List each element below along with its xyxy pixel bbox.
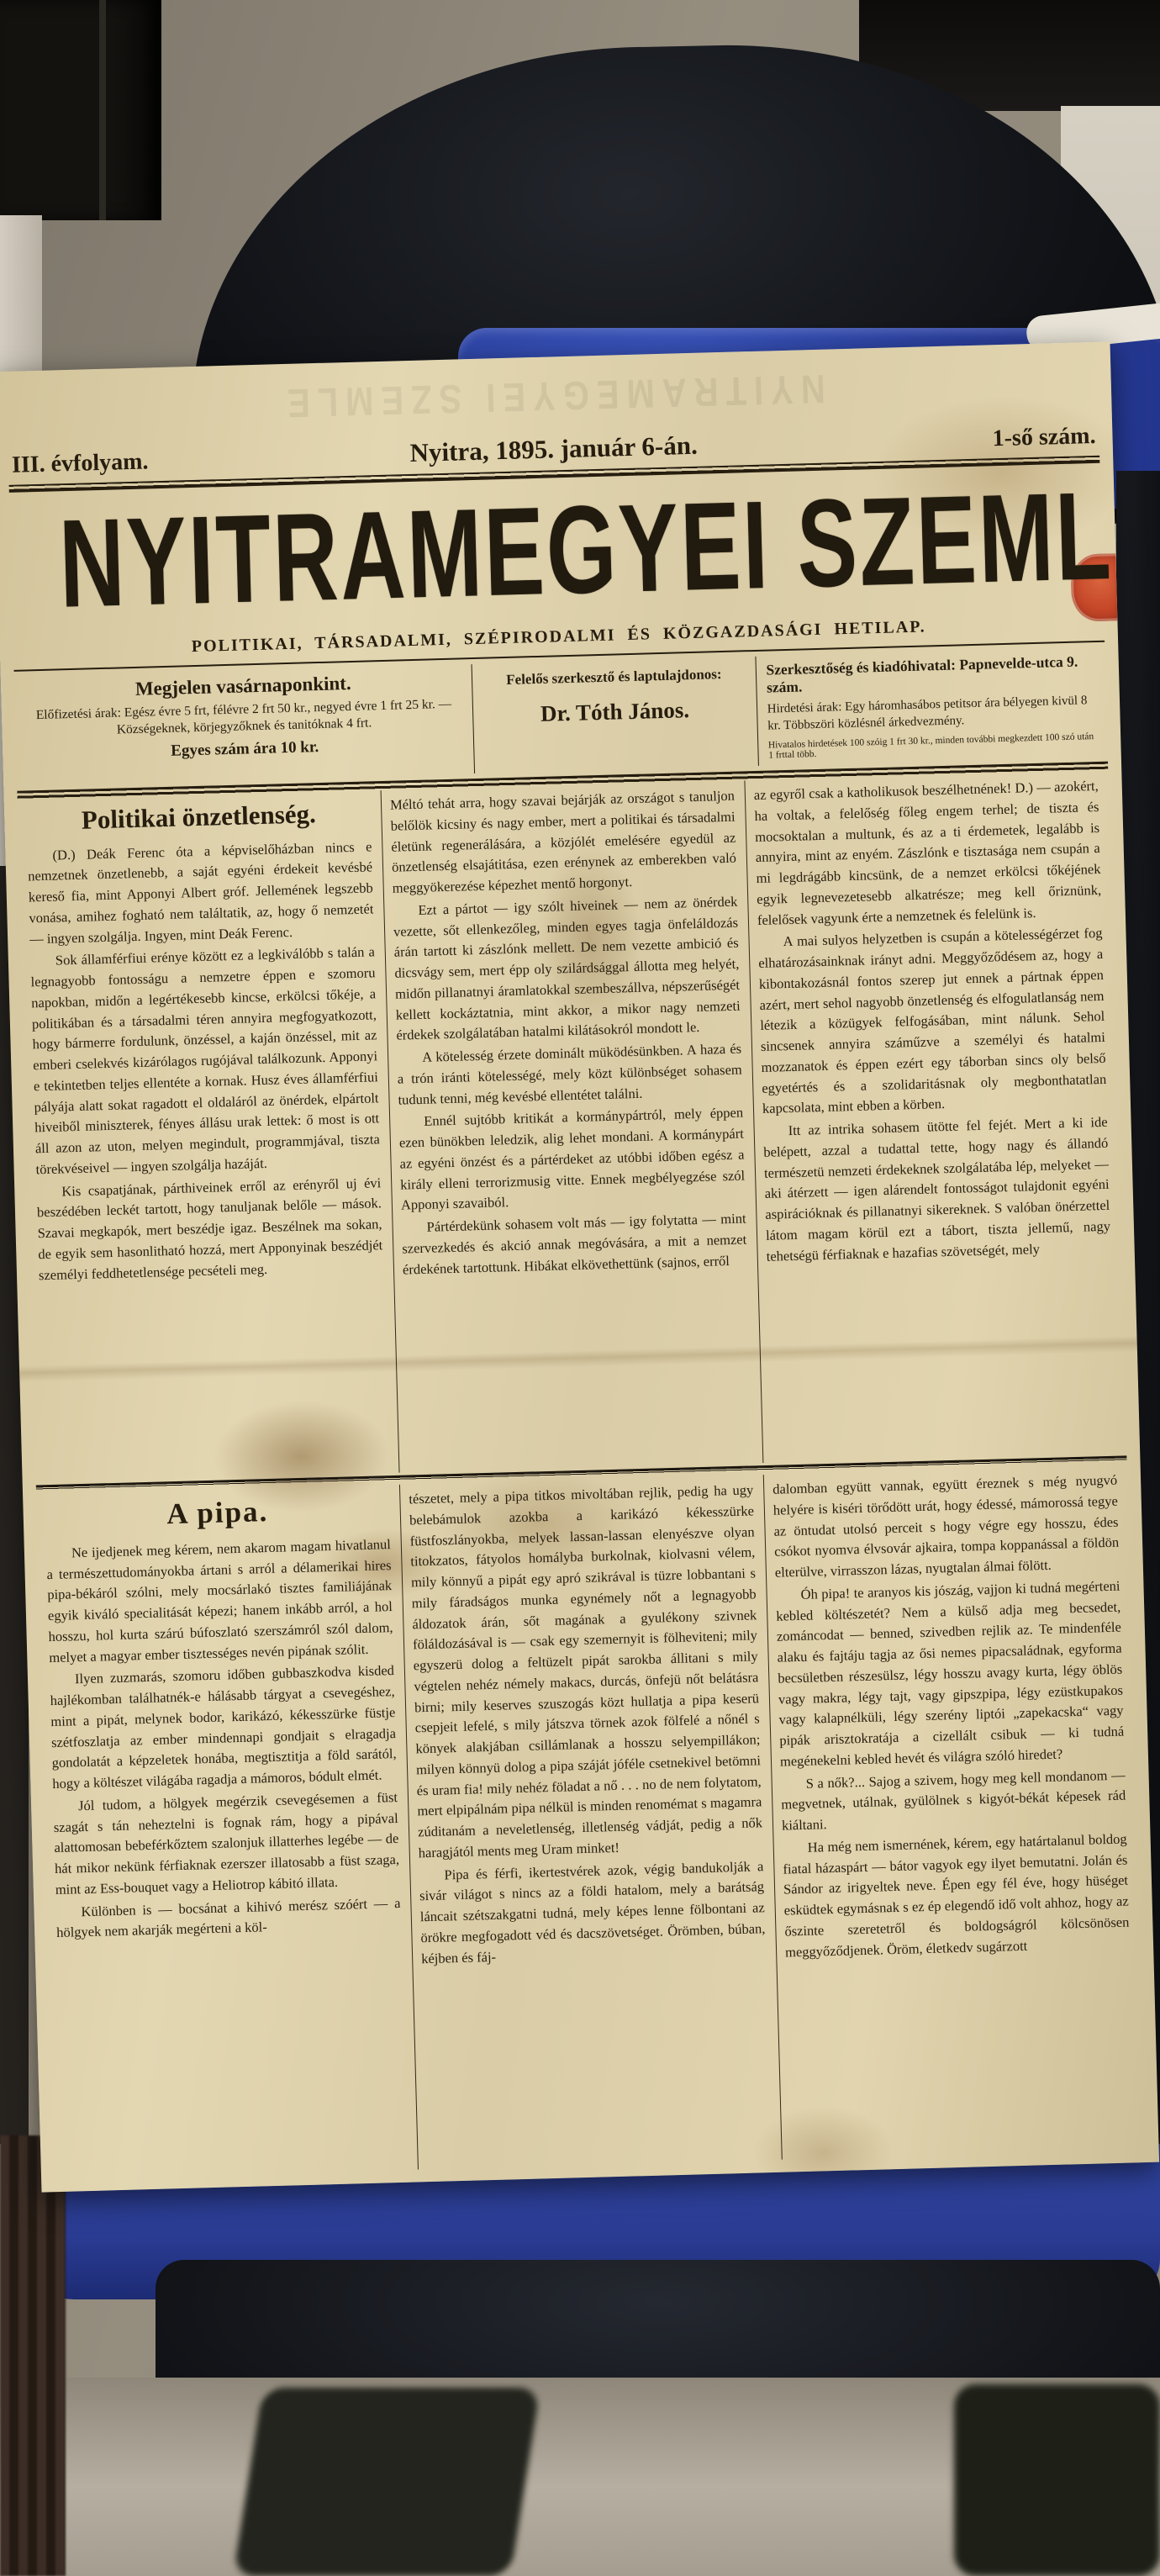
paragraph: Ennél sujtóbb kritikát a kormánypártról,… (398, 1103, 746, 1217)
article2-title: A pipa. (45, 1493, 390, 1533)
newspaper-front-page: NYITRAMEGYEI SZEMLE III. évfolyam. Nyitr… (0, 341, 1159, 2192)
article2-column-1: A pipa. Ne ijedjenek meg kérem, nem akar… (36, 1485, 418, 2179)
issue-number: 1-ső szám. (794, 423, 1096, 458)
paragraph: Ilyen zuzmarás, szomoru időben gubbaszko… (50, 1660, 398, 1795)
article1-column-2: Méltó tehát arra, hogy szavai bejárják a… (381, 780, 763, 1472)
photo-scene: NYITRAMEGYEI SZEMLE III. évfolyam. Nyitr… (0, 0, 1160, 2576)
wardrobe-top-left (0, 0, 161, 220)
paragraph: Jól tudom, a hölgyek megérzik csevegésem… (53, 1787, 400, 1901)
article1-title: Politikai önzetlenség. (26, 799, 372, 836)
person-leg-right (954, 2384, 1160, 2576)
office-address: Szerkesztőség és kiadóhivatal: Papneveld… (766, 652, 1095, 697)
paragraph: Ezt a pártot — igy szólt hiveinek — nem … (393, 891, 741, 1046)
article-a-pipa: A pipa. Ne ijedjenek meg kérem, nem akar… (36, 1465, 1146, 2179)
paragraph: Méltó tehát arra, hogy szavai bejárják a… (390, 786, 737, 900)
radiator (0, 2135, 66, 2576)
paragraph: dalomban együtt vannak, együtt éreznek s… (772, 1470, 1120, 1584)
paragraph: Ha még nem ismernének, kérem, egy határt… (782, 1829, 1130, 1963)
article2-column-2: tészetet, mely a pipa titkos mivoltában … (399, 1475, 782, 2169)
paragraph: tészetet, mely a pipa titkos mivoltában … (409, 1480, 763, 1863)
imprint-editor: Felelős szerkesztő és laptulajdonos: Dr.… (472, 657, 759, 773)
issue-volume: III. évfolyam. (12, 444, 314, 479)
masthead: NYITRAMEGYEI SZEMLE POLITIKAI, TÁRSADALM… (9, 463, 1105, 662)
paragraph: (D.) Deák Ferenc óta a képviselőházban n… (27, 837, 374, 950)
paragraph: Itt az intrika sohasem ütötte fel fejét.… (762, 1112, 1111, 1267)
paragraph: A mai sulyos helyzetben is csupán a köte… (757, 923, 1107, 1120)
paragraph: Óh pipa! te aranyos kis jószág, vajjon k… (775, 1576, 1125, 1772)
paragraph: Különben is — bocsánat a kihivó merész s… (55, 1892, 401, 1944)
paragraph: Sok államférfiui erénye között ez a legk… (30, 942, 381, 1180)
ad-rates: Hirdetési árak: Egy háromhasábos petitso… (767, 693, 1097, 735)
paragraph: S a nők?... Sajog a szivem, hogy meg kel… (780, 1765, 1126, 1836)
paragraph: Kis csapatjának, párthiveinek erről az e… (36, 1173, 383, 1286)
imprint-publication: Megjelen vasárnaponkint. Előfizetési ára… (14, 664, 475, 786)
subscription-rates: Előfizetési árak: Egész évre 5 frt, félé… (25, 695, 463, 741)
article1-column-1: Politikai önzetlenség. (D.) Deák Ferenc … (18, 790, 399, 1482)
article2-column-3: dalomban együtt vannak, együtt éreznek s… (763, 1465, 1146, 2159)
person-leg-left (233, 2388, 540, 2576)
editor-name: Dr. Tóth János. (483, 695, 746, 728)
masthead-title: NYITRAMEGYEI SZEMLE (58, 471, 1159, 626)
editor-label: Felelős szerkesztő és laptulajdonos: (482, 665, 746, 689)
article1-column-3: az egyről csak a katholikusok beszélhetn… (744, 771, 1126, 1463)
paragraph: Pipa és férfi, ikertestvérek azok, végig… (419, 1856, 766, 1970)
paragraph: Ne ijedjenek meg kérem, nem akarom magam… (46, 1534, 394, 1669)
paragraph: Pártérdekünk sohasem volt más — igy foly… (401, 1209, 747, 1280)
paragraph: A kötelesség érzete dominált müködésünkb… (397, 1039, 743, 1111)
imprint-office: Szerkesztőség és kiadóhivatal: Papneveld… (756, 647, 1108, 766)
ad-rates-small: Hivatalos hirdetések 100 szóig 1 frt 30 … (768, 731, 1098, 761)
paragraph: az egyről csak a katholikusok beszélhetn… (754, 776, 1103, 931)
article-politikai-onzetlenseg: Politikai önzetlenség. (D.) Deák Ferenc … (18, 771, 1126, 1483)
